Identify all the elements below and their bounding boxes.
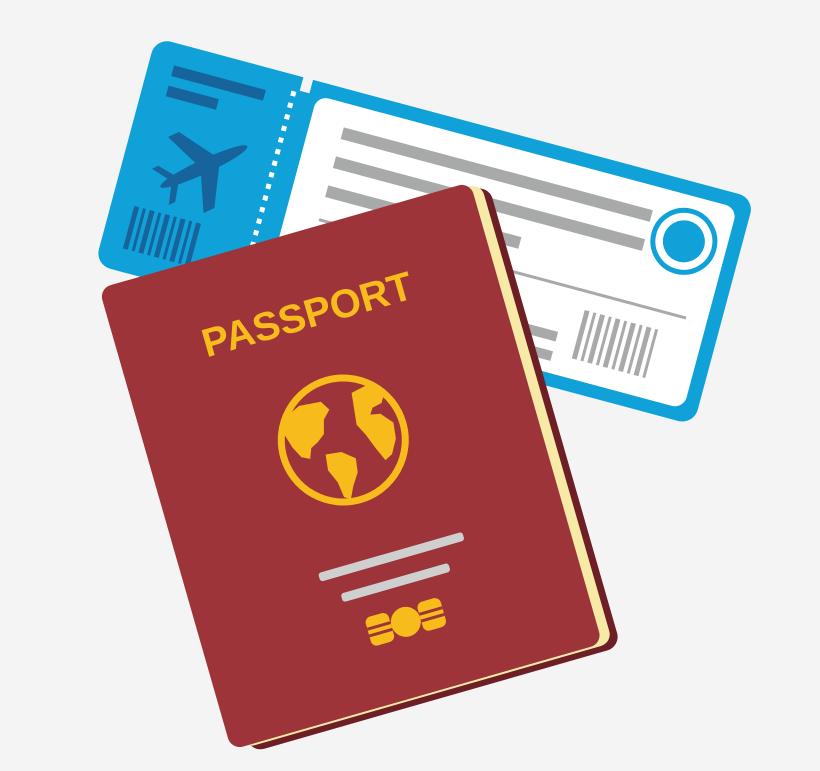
passport-ticket-illustration: PASSPORT — [0, 0, 820, 771]
